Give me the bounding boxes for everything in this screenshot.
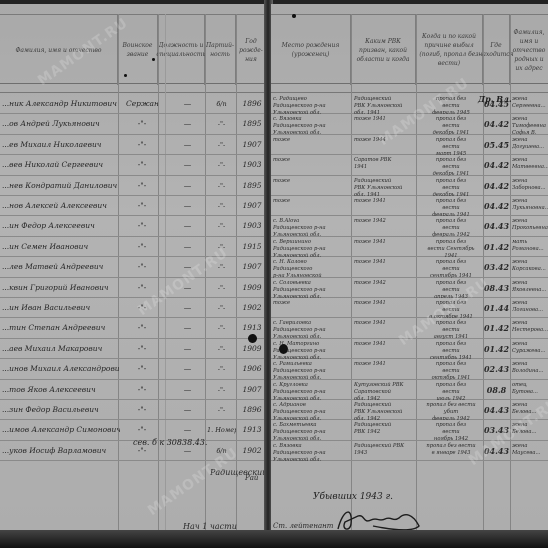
cell-date-code: 04.43	[483, 400, 510, 420]
cell-relatives: жена Белова...	[512, 420, 548, 440]
cell-date-code: 02.43	[483, 359, 510, 379]
table-row: ...тин Степан Андреевич-"-—-"-1913	[0, 318, 266, 338]
top-mark: Др. Вл.	[478, 94, 512, 104]
cell-date-code: 04.42	[483, 155, 510, 175]
cell-birthplace: с. Бахметьевка Радищевского р-на Ульянов…	[273, 420, 351, 440]
cell-missing: пропал без вести февраль 1945	[419, 94, 483, 114]
header-birth-year: Год рожде- ния	[236, 15, 266, 85]
cell-missing: пропал без вести декабрь 1941	[419, 176, 483, 196]
cell-drafted-by: Саратов РВК 1941	[354, 155, 416, 175]
cell-drafted-by: тоже 1941	[354, 257, 416, 277]
cell-birthplace: тоже	[273, 298, 351, 318]
cell-missing: пропал без вести апрель 1943	[419, 278, 483, 298]
right-header-row: Место рождения (уроженец) Каким РВК приз…	[271, 14, 548, 84]
bottom-edge	[0, 530, 548, 548]
right-page: Место рождения (уроженец) Каким РВК приз…	[271, 4, 548, 532]
cell-missing: пропал без вести март 1945	[419, 135, 483, 155]
cell-missing: пропал без вести июль 1942	[419, 380, 483, 400]
cell-drafted-by: тоже 1944	[354, 135, 416, 155]
cell-date-code: 03.42	[483, 257, 510, 277]
cell-missing: пропал без вести сентябрь 1941	[419, 257, 483, 277]
header-name: Фамилия, имя и отчество	[0, 15, 118, 85]
cell-drafted-by: Радищевский РВК 1942	[354, 420, 416, 440]
cell-drafted-by: тоже 1942	[354, 278, 416, 298]
cell-missing: пропал без вести Сентябрь 1941	[419, 237, 483, 257]
cell-date-code: 03.43	[483, 420, 510, 440]
cell-drafted-by: тоже 1941	[354, 196, 416, 216]
table-row: ...аев Михаил Макарович-"-—-"-1909	[0, 339, 266, 359]
signature	[333, 504, 423, 532]
table-row: тожетоже 1944пропал без вести март 19450…	[271, 135, 548, 155]
table-row: с. Н. Калово Радищевского р-на Ульяновск…	[271, 257, 548, 277]
table-row: тожетоже 1941пропал без вести февраль 19…	[271, 196, 548, 216]
cell-drafted-by: тоже 1941	[354, 114, 416, 134]
cell-party: б/п	[207, 441, 236, 466]
footer-right-text: Ст. лейтенант	[273, 522, 333, 530]
table-row: с. Рамильевка Радищевского р-на Ульяновс…	[271, 359, 548, 379]
subtotal-note: Убывших 1943 г.	[313, 492, 393, 502]
table-row: с. Вязовка Радищевского р-на Ульяновской…	[271, 114, 548, 134]
cell-birthplace: с. Вязовка Радищевского р-на Ульяновской…	[273, 441, 351, 461]
cell-missing: пропал без вести декабрь 1941	[419, 155, 483, 175]
cell-date-code: 04.42	[483, 114, 510, 134]
cell-drafted-by: тоже 1941	[354, 359, 416, 379]
cell-birthplace: с. Адрианов Радищевского р-на Ульяновско…	[273, 400, 351, 420]
table-row: тожетоже 1941пропал без вести в октябре …	[271, 298, 548, 318]
header-date-code: Где находится	[483, 15, 510, 85]
ink-blot	[248, 334, 257, 343]
footer-district-short: Рай	[245, 474, 258, 482]
table-row: ...нов Алексей Алексеевич-"-—-"-1907	[0, 196, 266, 216]
cell-missing: пропал без вести в октябре 1941	[419, 298, 483, 318]
cell-birthplace: тоже	[273, 155, 351, 175]
table-row: с. Вязовка Радищевского р-на Ульяновской…	[271, 441, 548, 461]
cell-relatives: жена Догушева...	[512, 135, 548, 155]
cell-missing: пропал без вести февраль 1942	[419, 216, 483, 236]
cell-relatives: жена Володина...	[512, 359, 548, 379]
cell-birthplace: с. Соловьевка Радищевского р-на Ульяновс…	[273, 278, 351, 298]
cell-relatives: жена Нестерова...	[512, 318, 548, 338]
cell-relatives: жена Сергеевна...	[512, 94, 548, 114]
table-row: ...ев Михаил Николаевич-"-—-"-1907	[0, 135, 266, 155]
table-row: ...ин Семен Иванович-"-—-"-1915	[0, 237, 266, 257]
table-row: ...инов Михаил Александрович-"-—-"-1906	[0, 359, 266, 379]
cell-drafted-by: тоже 1942	[354, 216, 416, 236]
cell-drafted-by: тоже 1941	[354, 237, 416, 257]
cell-birthplace: тоже	[273, 176, 351, 196]
header-party: Партий- ность	[205, 15, 236, 85]
table-row: с. Бахметьевка Радищевского р-на Ульянов…	[271, 420, 548, 440]
header-birthplace: Место рождения (уроженец)	[271, 15, 351, 85]
cell-drafted-by: тоже 1941	[354, 339, 416, 359]
cell-birthplace: с. Гавриловка Радищевского р-на Ульяновс…	[273, 318, 351, 338]
cell-missing: пропал без вести август 1941	[419, 318, 483, 338]
cell-relatives: мать Романова...	[512, 237, 548, 257]
ink-blot	[279, 344, 288, 354]
cell-relatives: жена Суражева...	[512, 339, 548, 359]
cell-date-code: 01.42	[483, 237, 510, 257]
cell-date-code: 04.43	[483, 441, 510, 461]
cell-relatives: жена Матвеевна...	[512, 155, 548, 175]
cell-relatives: жена Маусева...	[512, 441, 548, 461]
cell-drafted-by: Радищевский РВК Ульяновской обл. 1941	[354, 94, 416, 114]
cell-date-code: 08.8	[483, 380, 510, 400]
cell-missing: пропал без вести убит февраль 1942	[419, 400, 483, 420]
cell-missing: пропал без вести ноябрь 1942	[419, 420, 483, 440]
header-missing: Когда и по какой причине выбыл (погиб, п…	[416, 15, 483, 85]
document-scan: Фамилия, имя и отчество Воинское звание …	[0, 0, 548, 548]
cell-relatives: жена Прокопьевна...	[512, 216, 548, 236]
header-relatives: Фамилия, имя и отчество родных и их адре…	[510, 15, 548, 85]
cell-birthplace: с. Вязовка Радищевского р-на Ульяновской…	[273, 114, 351, 134]
cell-date-code: 01.42	[483, 339, 510, 359]
cell-missing: пропал без вести в январе 1943	[419, 441, 483, 461]
ink-dot	[124, 74, 127, 77]
cell-missing: пропал без вести октябрь 1941	[419, 359, 483, 379]
cell-date-code: 04.42	[483, 196, 510, 216]
left-header-row: Фамилия, имя и отчество Воинское звание …	[0, 14, 266, 84]
table-row: с. Гавриловка Радищевского р-на Ульяновс…	[271, 318, 548, 338]
cell-drafted-by: Радищевский РВК 1943	[354, 441, 416, 461]
cell-birthplace: с. Н. Калово Радищевского р-на Ульяновск…	[273, 257, 351, 277]
table-row: ...квин Григорий Иванович-"-—-"-1909	[0, 278, 266, 298]
table-row: ...тов Яков Алексеевич-"-—-"-1907	[0, 380, 266, 400]
table-row: с. Соловьевка Радищевского р-на Ульяновс…	[271, 278, 548, 298]
table-row: с. В.Alova Радищевского р-на Ульяновской…	[271, 216, 548, 236]
table-row: тожеСаратов РВК 1941пропал без вести дек…	[271, 155, 548, 175]
cell-missing: пропал без вести сентябрь 1941	[419, 339, 483, 359]
cell-date-code: 04.42	[483, 176, 510, 196]
table-row: ...ник Александр НикитовичСержант—б/п189…	[0, 94, 266, 114]
ink-dot	[152, 58, 155, 61]
table-row: ...ов Андрей Лукьянович-"-—-"-1895	[0, 114, 266, 134]
ink-dot	[292, 14, 296, 18]
cell-relatives: жена Корсакова...	[512, 257, 548, 277]
cell-drafted-by: Радищевский РВК Ульяновской обл. 1941	[354, 176, 416, 196]
cell-birthplace: с. Вершинино Радищевского р-на Ульяновск…	[273, 237, 351, 257]
table-row: ...ин Федор Алексеевич-"-—-"-1903	[0, 216, 266, 236]
cell-birthplace: с. Рамильевка Радищевского р-на Ульяновс…	[273, 359, 351, 379]
table-row: ...нев Кондратий Данилович-"-—-"-1895	[0, 176, 266, 196]
table-row: ...зин Федор Васильевич-"-—-"-1896	[0, 400, 266, 420]
cell-birthplace: с. Кругловка Радищевского р-на Ульяновск…	[273, 380, 351, 400]
cell-date-code: 08.43	[483, 278, 510, 298]
cell-relatives: жена Лукьяновна...	[512, 196, 548, 216]
left-page: Фамилия, имя и отчество Воинское звание …	[0, 4, 266, 532]
table-row: с. Вершинино Радищевского р-на Ульяновск…	[271, 237, 548, 257]
cell-relatives: жена Логинова...	[512, 298, 548, 318]
table-row: с. Н. Маторгино Радищевского р-на Ульяно…	[271, 339, 548, 359]
table-row: ...ин Иван Васильевич-"-—-"-1902	[0, 298, 266, 318]
cell-drafted-by: тоже 1941	[354, 298, 416, 318]
header-drafted-by: Каким РВК призван, какой области и когда	[351, 15, 416, 85]
cell-birthplace: с. Радищево Радищевского р-на Ульяновско…	[273, 94, 351, 114]
cell-relatives: жена Заборнова...	[512, 176, 548, 196]
cell-relatives: жена Яковлевна...	[512, 278, 548, 298]
cell-birthplace: с. В.Alova Радищевского р-на Ульяновской…	[273, 216, 351, 236]
overwritten-note: сев. б к 30838.43.	[133, 438, 207, 447]
table-row: ...вев Николай Сергеевич-"-—-"-1903	[0, 155, 266, 175]
cell-date-code: 01.44	[483, 298, 510, 318]
cell-relatives: жена Тимофеевна Софья В.	[512, 114, 548, 134]
cell-date-code: 04.43	[483, 216, 510, 236]
cell-relatives: жена Белова...	[512, 400, 548, 420]
cell-birthplace: тоже	[273, 196, 351, 216]
cell-birth-year: 1902	[238, 441, 266, 466]
cell-drafted-by: Кутузовский РВК Саратовской обл. 1942	[354, 380, 416, 400]
cell-birthplace: тоже	[273, 135, 351, 155]
right-number-strip	[271, 85, 548, 93]
cell-relatives: отец Бутова...	[512, 380, 548, 400]
cell-name: ...уков Иосиф Варламович	[2, 441, 120, 466]
table-row: с. Адрианов Радищевского р-на Ульяновско…	[271, 400, 548, 420]
cell-drafted-by: тоже 1941	[354, 318, 416, 338]
table-row: тожеРадищевский РВК Ульяновской обл. 194…	[271, 176, 548, 196]
table-row: ...лев Матвей Андреевич-"-—-"-1907	[0, 257, 266, 277]
cell-missing: пропал без вести февраль 1941	[419, 196, 483, 216]
cell-date-code: 05.45	[483, 135, 510, 155]
cell-date-code: 01.42	[483, 318, 510, 338]
cell-missing: пропал без вести декабрь 1941	[419, 114, 483, 134]
cell-drafted-by: Радищевский РВК Ульяновской обл. 1942	[354, 400, 416, 420]
table-row: с. Кругловка Радищевского р-на Ульяновск…	[271, 380, 548, 400]
left-number-strip	[0, 85, 266, 93]
